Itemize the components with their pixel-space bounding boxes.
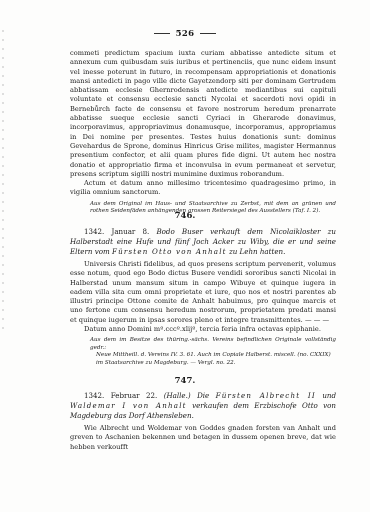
source-note-line-1: Aus dem im Besitze des thüring.-sächs. V… (90, 337, 336, 350)
regest-747: 1342. Februar 22. (Halle.) Die Fürsten A… (70, 391, 336, 421)
continuation-text: commeti predictum spacium iuxta curiam a… (70, 49, 336, 179)
regest-text-2: Fürsten Otto von Anhalt (112, 247, 227, 256)
document-747: 1342. Februar 22. (Halle.) Die Fürsten A… (70, 391, 336, 452)
regest-text-3: und (316, 391, 336, 400)
continuation-block: commeti predictum spacium iuxta curiam a… (70, 49, 336, 216)
body-746: Universis Christi fidelibus, ad quos pre… (70, 260, 336, 325)
document-page: 526 commeti predictum spacium iuxta curi… (0, 0, 370, 512)
source-note-746: Aus dem im Besitze des thüring.-sächs. V… (70, 337, 336, 367)
document-746: 1342. Januar 8. Bodo Buser verkauft dem … (70, 227, 336, 367)
header-dash-left (154, 33, 170, 34)
continuation-closing: Actum et datum anno millesimo tricentesi… (70, 179, 336, 198)
regest-text-1: Die (197, 391, 216, 400)
regest-date: 1342. Februar 22. (84, 391, 157, 400)
document-number-747: 747. (0, 376, 370, 386)
regest-place: (Halle.) (164, 391, 191, 400)
source-note-line-2: Neue Mittheill. d. Vereins IV. 3. 61. Au… (90, 352, 336, 359)
scan-margin-artifact (2, 30, 4, 330)
regest-date: 1342. Januar 8. (84, 227, 149, 236)
page-header: 526 (0, 29, 370, 39)
regest-746: 1342. Januar 8. Bodo Buser verkauft dem … (70, 227, 336, 257)
body-747: Wie Albrecht und Woldemar von Goddes gna… (70, 424, 336, 452)
regest-text-3: zu Lehn hatten. (227, 247, 286, 256)
regest-text-4: Waldemar I von Anhalt (70, 401, 187, 410)
page-number: 526 (176, 29, 195, 39)
source-note-line-3: im Staatsarchive zu Magdeburg. — Vergl. … (90, 360, 336, 367)
closing-746: Datum anno Domini mº.cccº.xlijº, tercia … (70, 325, 336, 334)
document-number-746: 746. (0, 211, 370, 221)
header-dash-right (200, 33, 216, 34)
regest-text-2: Fürsten Albrecht II (216, 391, 316, 400)
